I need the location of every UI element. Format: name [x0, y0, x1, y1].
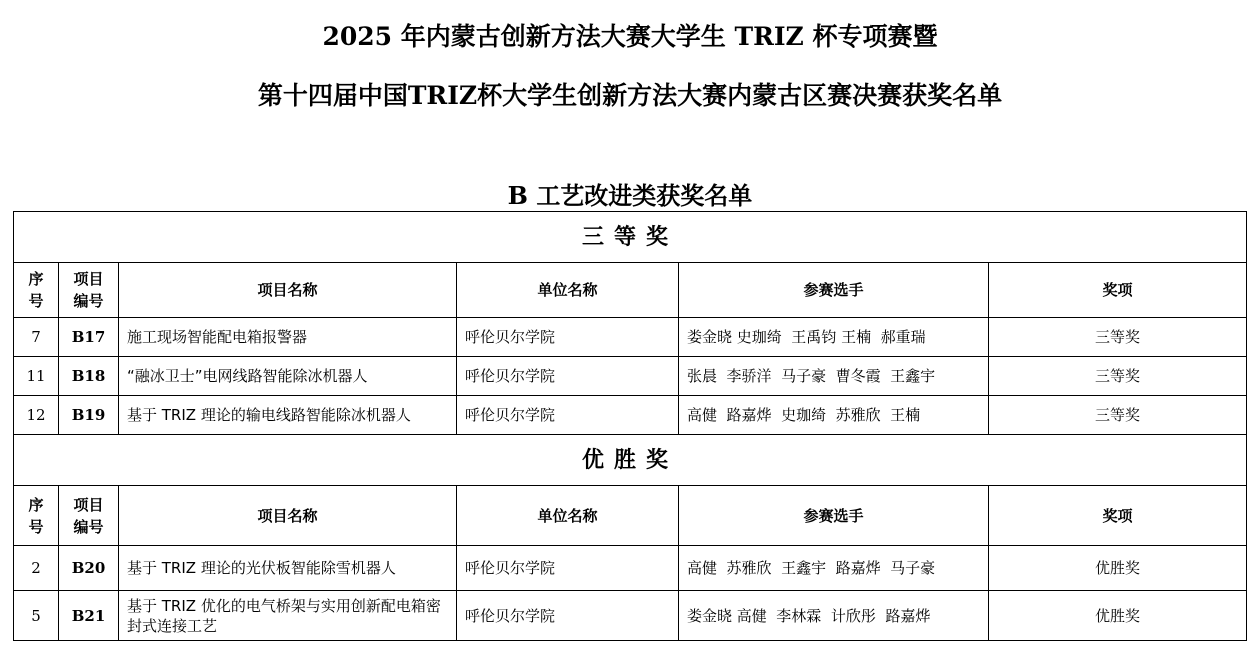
table-row: 12 B19 基于 TRIZ 理论的输电线路智能除冰机器人 呼伦贝尔学院 高健 …	[14, 396, 1247, 435]
column-header-row: 序号 项目编号 项目名称 单位名称 参赛选手 奖项	[14, 263, 1247, 318]
cell-code: B20	[59, 546, 119, 591]
cell-name: 基于 TRIZ 理论的输电线路智能除冰机器人	[119, 396, 457, 435]
awards-table: 三等奖 序号 项目编号 项目名称 单位名称 参赛选手 奖项 7 B17 施工现场…	[13, 211, 1247, 641]
cell-name: “融冰卫士”电网线路智能除冰机器人	[119, 357, 457, 396]
document-title-line1: 2025 年内蒙古创新方法大赛大学生 TRIZ 杯专项赛暨	[0, 17, 1260, 53]
cell-name: 施工现场智能配电箱报警器	[119, 318, 457, 357]
table-row: 2 B20 基于 TRIZ 理论的光伏板智能除雪机器人 呼伦贝尔学院 高健 苏雅…	[14, 546, 1247, 591]
col-header-seq: 序号	[14, 263, 59, 318]
col-header-award: 奖项	[989, 486, 1247, 546]
cell-code: B18	[59, 357, 119, 396]
cell-code: B21	[59, 591, 119, 641]
col-header-name: 项目名称	[119, 486, 457, 546]
cell-code: B19	[59, 396, 119, 435]
cell-unit: 呼伦贝尔学院	[457, 591, 679, 641]
cell-seq: 11	[14, 357, 59, 396]
col-header-award: 奖项	[989, 263, 1247, 318]
column-header-row: 序号 项目编号 项目名称 单位名称 参赛选手 奖项	[14, 486, 1247, 546]
category-subtitle: B 工艺改进类获奖名单	[0, 176, 1260, 211]
cell-seq: 5	[14, 591, 59, 641]
cell-award: 三等奖	[989, 318, 1247, 357]
cell-award: 三等奖	[989, 396, 1247, 435]
cell-unit: 呼伦贝尔学院	[457, 546, 679, 591]
col-header-unit: 单位名称	[457, 486, 679, 546]
cell-seq: 12	[14, 396, 59, 435]
cell-code: B17	[59, 318, 119, 357]
cell-name: 基于 TRIZ 优化的电气桥架与实用创新配电箱密封式连接工艺	[119, 591, 457, 641]
cell-award: 三等奖	[989, 357, 1247, 396]
col-header-code: 项目编号	[59, 263, 119, 318]
cell-players: 娄金晓 史珈绮 王禹钧 王楠 郝重瑞	[679, 318, 989, 357]
section-header-honorable-mention: 优胜奖	[14, 435, 1247, 486]
table-row: 5 B21 基于 TRIZ 优化的电气桥架与实用创新配电箱密封式连接工艺 呼伦贝…	[14, 591, 1247, 641]
table-row: 11 B18 “融冰卫士”电网线路智能除冰机器人 呼伦贝尔学院 张晨 李骄洋 马…	[14, 357, 1247, 396]
col-header-unit: 单位名称	[457, 263, 679, 318]
cell-unit: 呼伦贝尔学院	[457, 318, 679, 357]
col-header-players: 参赛选手	[679, 263, 989, 318]
cell-players: 张晨 李骄洋 马子豪 曹冬霞 王鑫宇	[679, 357, 989, 396]
section-title: 优胜奖	[14, 435, 1247, 486]
cell-award: 优胜奖	[989, 591, 1247, 641]
col-header-seq: 序号	[14, 486, 59, 546]
cell-unit: 呼伦贝尔学院	[457, 357, 679, 396]
section-title: 三等奖	[14, 212, 1247, 263]
cell-players: 娄金晓 高健 李林霖 计欣彤 路嘉烨	[679, 591, 989, 641]
section-header-third-prize: 三等奖	[14, 212, 1247, 263]
cell-seq: 7	[14, 318, 59, 357]
col-header-code: 项目编号	[59, 486, 119, 546]
table-row: 7 B17 施工现场智能配电箱报警器 呼伦贝尔学院 娄金晓 史珈绮 王禹钧 王楠…	[14, 318, 1247, 357]
cell-award: 优胜奖	[989, 546, 1247, 591]
col-header-players: 参赛选手	[679, 486, 989, 546]
cell-name: 基于 TRIZ 理论的光伏板智能除雪机器人	[119, 546, 457, 591]
document-title-line2: 第十四届中国TRIZ杯大学生创新方法大赛内蒙古区赛决赛获奖名单	[0, 76, 1260, 112]
cell-players: 高健 苏雅欣 王鑫宇 路嘉烨 马子豪	[679, 546, 989, 591]
cell-seq: 2	[14, 546, 59, 591]
col-header-name: 项目名称	[119, 263, 457, 318]
cell-players: 高健 路嘉烨 史珈绮 苏雅欣 王楠	[679, 396, 989, 435]
cell-unit: 呼伦贝尔学院	[457, 396, 679, 435]
